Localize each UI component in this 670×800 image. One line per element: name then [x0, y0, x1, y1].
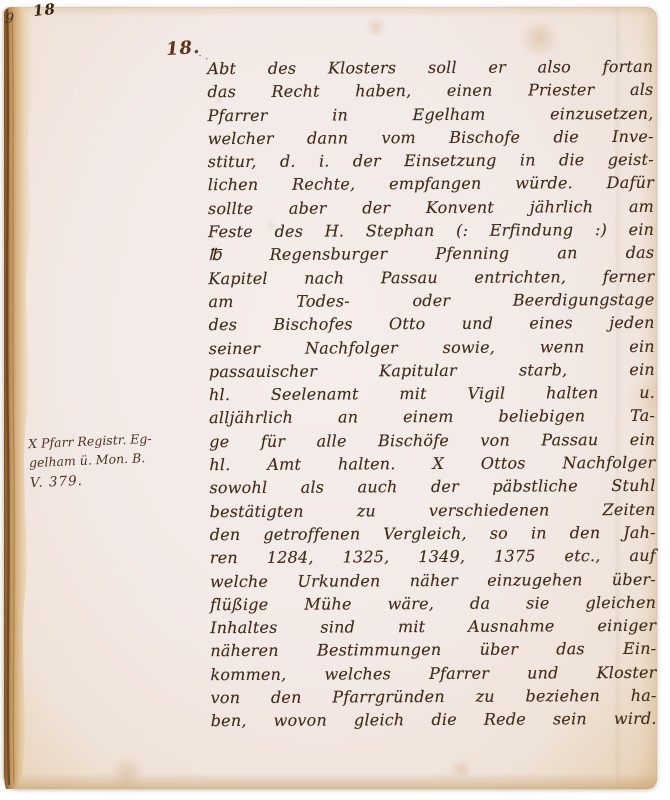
text-line: ℔ Regensburger Pfenning an das	[208, 241, 654, 267]
text-line: näheren Bestimmungen über das Ein-	[210, 637, 656, 663]
text-line: Feste des H. Stephan (: Erfindung :) ein	[208, 218, 654, 244]
text-line: hl. Seelenamt mit Vigil halten u.	[209, 381, 655, 407]
binding-edge	[3, 7, 39, 789]
manuscript-text: Abt des Klosters soll er also fortan das…	[207, 55, 657, 733]
text-line: von den Pfarrgründen zu beziehen ha-	[211, 684, 657, 710]
text-line: seiner Nachfolger sowie, wenn ein	[209, 334, 655, 360]
text-line: welcher dann vom Bischofe die Inve-	[208, 125, 654, 151]
margin-note: X Pfarr Registr. Eg- gelham ü. Mon. B. V…	[28, 426, 222, 493]
text-line: den getroffenen Vergleich, so in den Jah…	[210, 521, 656, 547]
text-line: des Bischofes Otto und eines jeden	[209, 311, 655, 337]
text-line: Abt des Klosters soll er also fortan	[207, 55, 653, 81]
top-page-number: 18	[32, 0, 57, 20]
text-line: ben, wovon gleich die Rede sein wird.	[211, 707, 657, 733]
text-line: hl. Amt halten. X Ottos Nachfolger	[209, 451, 655, 477]
text-line: kommen, welches Pfarrer und Kloster	[210, 661, 656, 687]
text-line: Inhaltes sind mit Ausnahme einiger	[210, 614, 656, 640]
text-line: Pfarrer in Egelham einzusetzen,	[207, 101, 653, 127]
manuscript-page: 9 18 18. ˙˙ X Pfarr Registr. Eg- gelham …	[3, 7, 657, 789]
edge-page-number: 9	[4, 11, 14, 28]
text-line: flüßige Mühe wäre, da sie gleichen	[210, 591, 656, 617]
text-line: ren 1284, 1325, 1349, 1375 etc., auf	[210, 544, 656, 570]
text-line: sollte aber der Konvent jährlich am	[208, 195, 654, 221]
text-line: alljährlich an einem beliebigen Ta-	[209, 404, 655, 430]
text-line: passauischer Kapitular starb, ein	[209, 358, 655, 384]
text-line: sowohl als auch der päbstliche Stuhl	[209, 474, 655, 500]
text-line: ge für alle Bischöfe von Passau ein	[209, 428, 655, 454]
text-line: lichen Rechte, empfangen würde. Dafür	[208, 171, 654, 197]
text-line: Kapitel nach Passau entrichten, ferner	[208, 265, 654, 291]
text-line: am Todes- oder Beerdigungstage	[208, 288, 654, 314]
text-line: das Recht haben, einen Priester als	[207, 78, 653, 104]
text-line: stitur, d. i. der Einsetzung in die geis…	[208, 148, 654, 174]
text-line: bestätigten zu verschiedenen Zeiten	[210, 497, 656, 523]
text-line: welche Urkunden näher einzugehen über-	[210, 567, 656, 593]
